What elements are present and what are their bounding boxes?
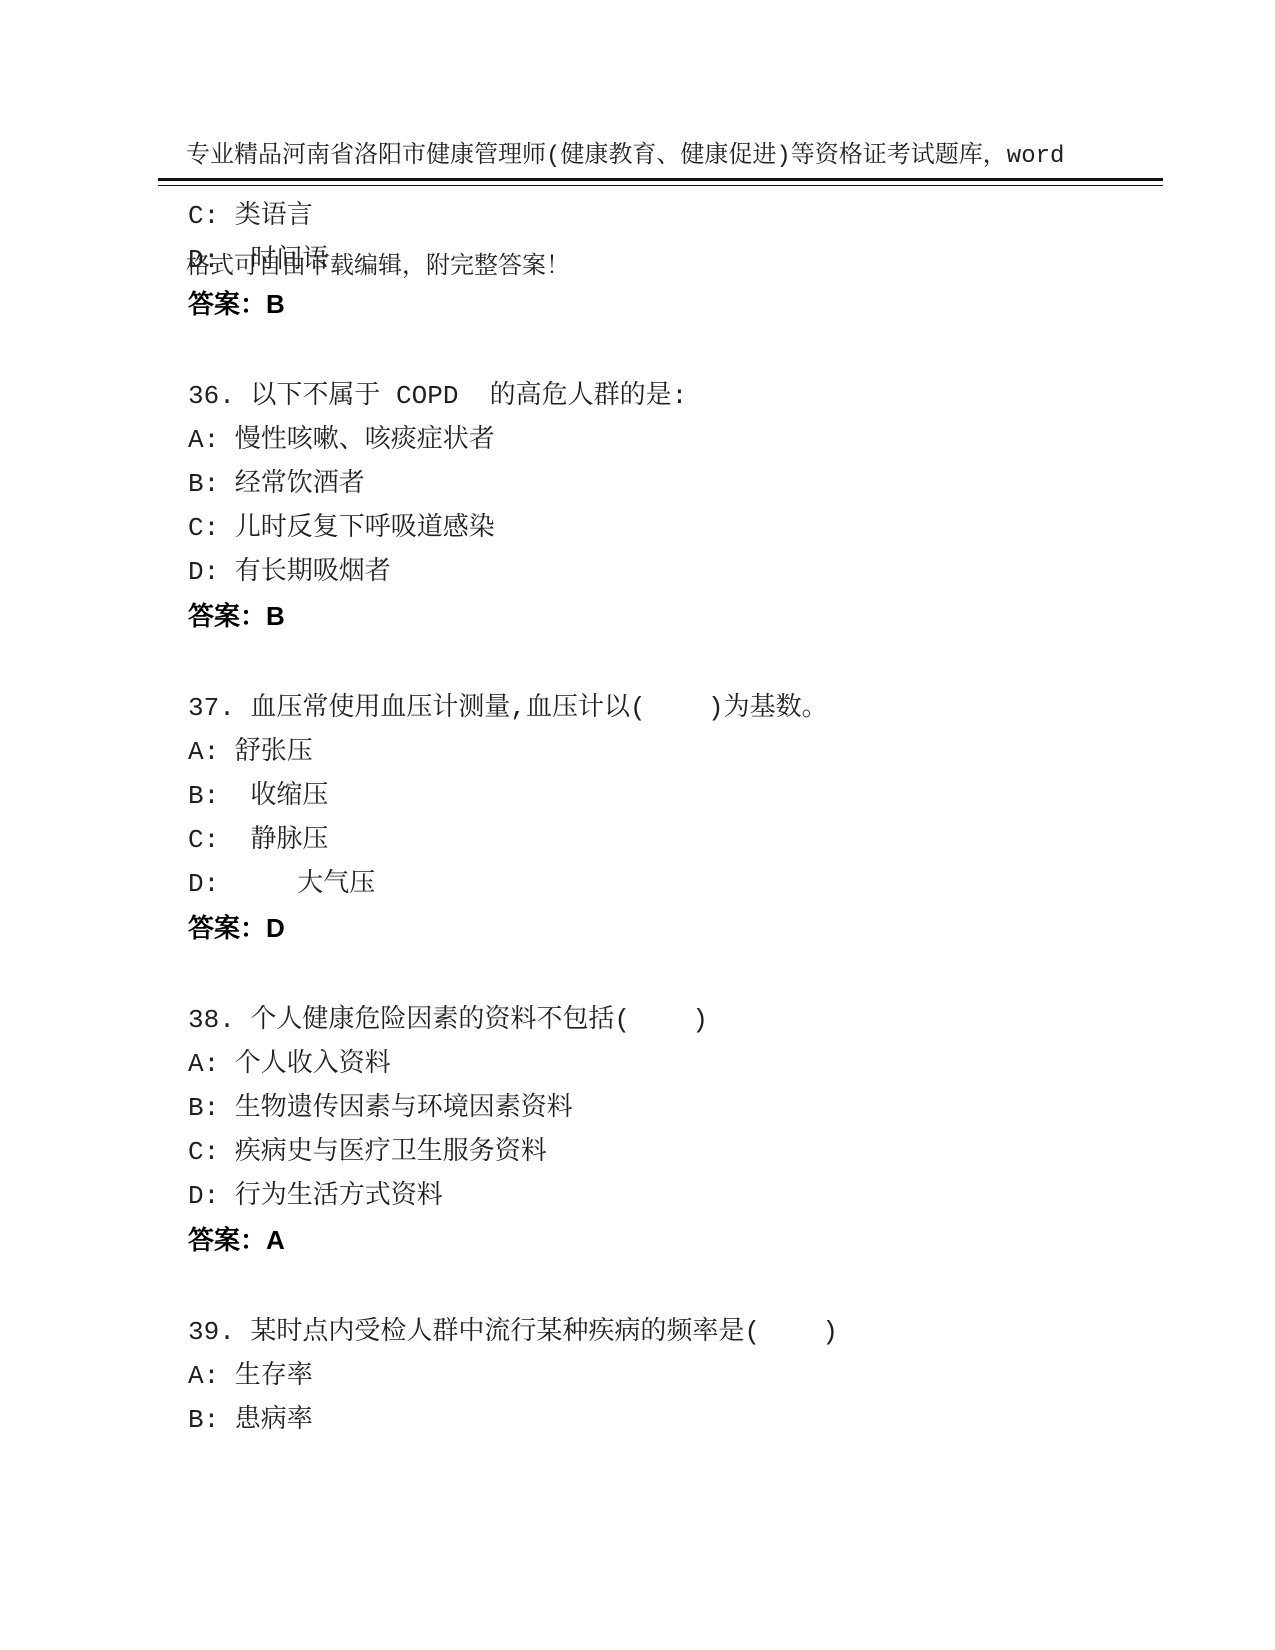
answer-line: 答案：B (188, 282, 1188, 326)
answer-line: 答案：A (188, 1218, 1188, 1262)
option-line: A: 个人收入资料 (188, 1042, 1188, 1086)
option-line: B: 收缩压 (188, 774, 1188, 818)
option-line: B: 生物遗传因素与环境因素资料 (188, 1086, 1188, 1130)
question-text: 38. 个人健康危险因素的资料不包括( ) (188, 998, 1188, 1042)
option-line: D: 行为生活方式资料 (188, 1174, 1188, 1218)
question-text: 37. 血压常使用血压计测量,血压计以( )为基数。 (188, 686, 1188, 730)
option-line: A: 舒张压 (188, 730, 1188, 774)
document-page: 专业精品河南省洛阳市健康管理师(健康教育、健康促进)等资格证考试题库，word … (0, 0, 1275, 1650)
option-line: C: 疾病史与医疗卫生服务资料 (188, 1130, 1188, 1174)
option-line: C: 类语言 (188, 194, 1188, 238)
option-line: D: 大气压 (188, 862, 1188, 906)
option-line: C: 静脉压 (188, 818, 1188, 862)
header-line-1: 专业精品河南省洛阳市健康管理师(健康教育、健康促进)等资格证考试题库，word (186, 138, 1116, 175)
option-line: D: 有长期吸烟者 (188, 550, 1188, 594)
question-text: 36. 以下不属于 COPD 的高危人群的是: (188, 374, 1188, 418)
option-line: C: 儿时反复下呼吸道感染 (188, 506, 1188, 550)
answer-line: 答案：D (188, 906, 1188, 950)
question-text: 39. 某时点内受检人群中流行某种疾病的频率是( ) (188, 1310, 1188, 1354)
questions-area: C: 类语言D: 时间语答案：B36. 以下不属于 COPD 的高危人群的是:A… (188, 194, 1188, 1442)
header-divider-rule (158, 178, 1163, 186)
answer-line: 答案：B (188, 594, 1188, 638)
option-line: B: 患病率 (188, 1398, 1188, 1442)
option-line: A: 慢性咳嗽、咳痰症状者 (188, 418, 1188, 462)
option-line: A: 生存率 (188, 1354, 1188, 1398)
option-line: D: 时间语 (188, 238, 1188, 282)
option-line: B: 经常饮酒者 (188, 462, 1188, 506)
